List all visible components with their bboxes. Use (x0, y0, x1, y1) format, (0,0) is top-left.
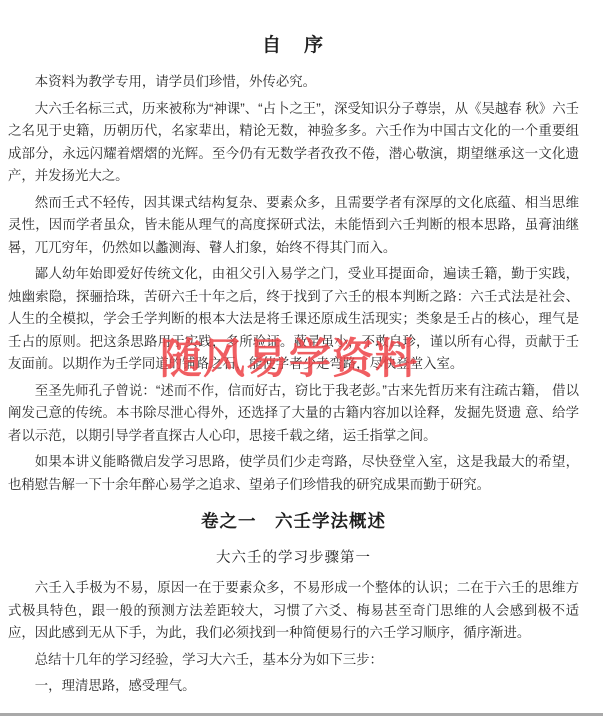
paragraph: 至圣先师孔子曾说：“述而不作，信而好古，窃比于我老彭。”古来先哲历来有注疏古籍，… (8, 380, 579, 448)
preface-title: 自 序 (8, 30, 579, 57)
paragraph: 然而壬式不轻传，因其课式结构复杂、要素众多，且需要学者有深厚的文化底蕴、相当思维… (8, 192, 579, 260)
chapter-title: 卷之一 六壬学法概述 (8, 508, 579, 533)
paragraph: 鄙人幼年始即爱好传统文化，由祖父引入易学之门，受业耳提面命，遍读壬籍，勤于实践，… (8, 263, 579, 376)
paragraph: 六壬入手极为不易，原因一在于要素众多，不易形成一个整体的认识；二在于六壬的思维方… (8, 577, 579, 645)
paragraph: 如果本讲义能略微启发学习思路，使学员们少走弯路，尽快登堂入室，这是我最大的希望，… (8, 451, 579, 496)
chapter-subtitle: 大六壬的学习步骤第一 (8, 546, 579, 567)
preface-body: 本资料为教学专用，请学员们珍惜，外传必究。大六壬名标三式，历来被称为“神课”、“… (8, 71, 579, 496)
paragraph: 本资料为教学专用，请学员们珍惜，外传必究。 (8, 71, 579, 94)
paragraph: 大六壬名标三式，历来被称为“神课”、“占卜之王”，深受知识分子尊崇，从《吴越春 … (8, 98, 579, 188)
document-page: 自 序 本资料为教学专用，请学员们珍惜，外传必究。大六壬名标三式，历来被称为“神… (0, 0, 603, 716)
paragraph: 总结十几年的学习经验，学习大六壬，基本分为如下三步： (8, 649, 579, 672)
chapter-body: 六壬入手极为不易，原因一在于要素众多，不易形成一个整体的认识；二在于六壬的思维方… (8, 577, 579, 698)
paragraph: 一，理清思路，感受理气。 (8, 675, 579, 698)
